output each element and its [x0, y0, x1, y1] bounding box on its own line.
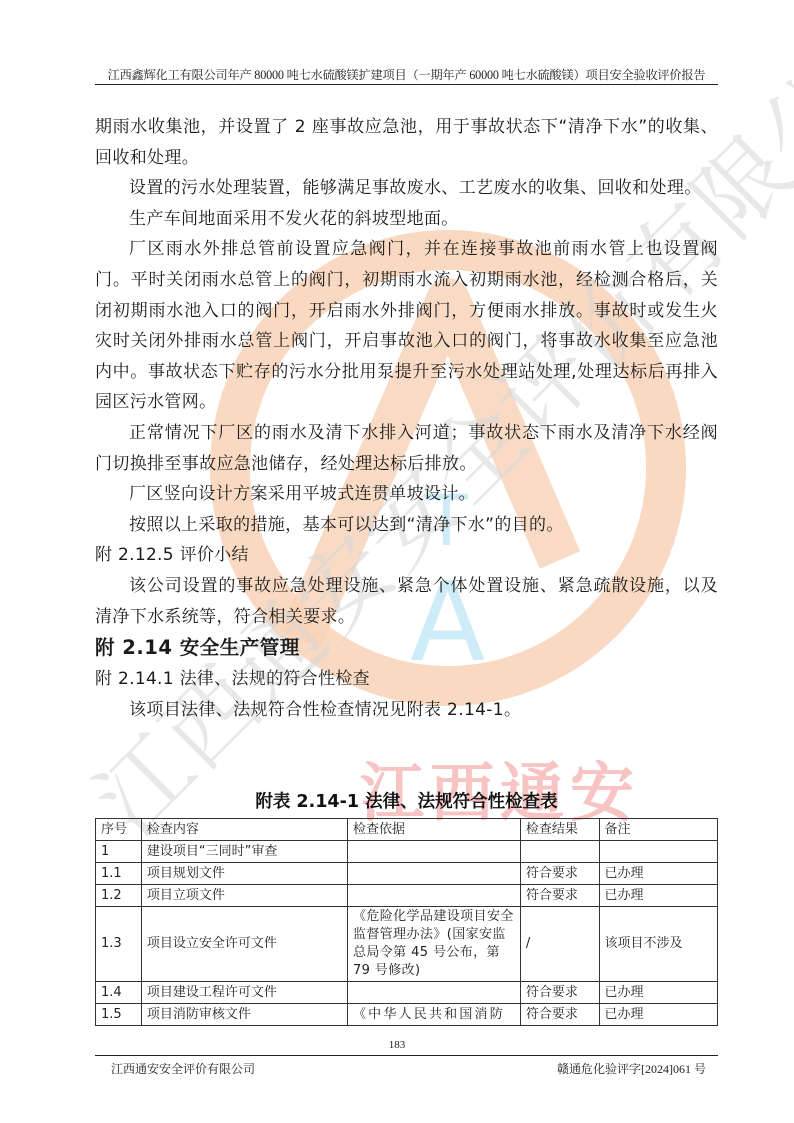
page-number: 183 [0, 1039, 794, 1051]
paragraph: 正常情况下厂区的雨水及清下水排入河道；事故状态下雨水及清净下水经阀门切换排至事故… [95, 418, 718, 479]
footer-doc-number: 赣通危化验评字[2024]061 号 [557, 1060, 706, 1077]
body-content: 期雨水收集池，并设置了 2 座事故应急池，用于事故状态下“清净下水”的收集、回收… [95, 112, 718, 725]
paragraph: 按照以上采取的措施，基本可以达到“清净下水”的目的。 [95, 510, 718, 541]
paragraph: 该公司设置的事故应急处理设施、紧急个体处置设施、紧急疏散设施，以及清净下水系统等… [95, 571, 718, 632]
column-header: 检查依据 [347, 819, 520, 841]
table-row: 1 建设项目“三同时”审查 [96, 841, 718, 863]
column-header: 检查内容 [141, 819, 347, 841]
table-row: 1.1 项目规划文件 符合要求 已办理 [96, 863, 718, 885]
document-page: T A 江西通安 江西通安安全评价有限公司 江西鑫辉化工有限公司年产 80000… [0, 0, 794, 1123]
paragraph: 厂区竖向设计方案采用平坡式连贯单坡设计。 [95, 479, 718, 510]
paragraph: 生产车间地面采用不发火花的斜坡型地面。 [95, 204, 718, 235]
paragraph: 期雨水收集池，并设置了 2 座事故应急池，用于事故状态下“清净下水”的收集、回收… [95, 112, 718, 173]
subsection-heading: 附 2.12.5 评价小结 [95, 540, 718, 571]
column-header: 序号 [96, 819, 142, 841]
footer-company: 江西通安安全评价有限公司 [111, 1060, 255, 1077]
table-title: 附表 2.14-1 法律、法规符合性检查表 [95, 788, 718, 813]
table-row: 1.4 项目建设工程许可文件 符合要求 已办理 [96, 982, 718, 1004]
paragraph: 设置的污水处理装置，能够满足事故废水、工艺废水的收集、回收和处理。 [95, 173, 718, 204]
header-divider [95, 84, 718, 85]
section-heading: 附 2.14 安全生产管理 [95, 632, 718, 664]
running-header: 江西鑫辉化工有限公司年产 80000 吨七水硫酸镁扩建项目（一期年产 60000… [95, 66, 718, 83]
table-header-row: 序号 检查内容 检查依据 检查结果 备注 [96, 819, 718, 841]
paragraph: 厂区雨水外排总管前设置应急阀门，并在连接事故池前雨水管上也设置阀门。平时关闭雨水… [95, 234, 718, 418]
compliance-check-table: 序号 检查内容 检查依据 检查结果 备注 1 建设项目“三同时”审查 1.1 项… [95, 818, 718, 1026]
column-header: 备注 [599, 819, 717, 841]
subsection-heading: 附 2.14.1 法律、法规的符合性检查 [95, 664, 718, 695]
footer-divider [95, 1055, 718, 1056]
table-row: 1.2 项目立项文件 符合要求 已办理 [96, 885, 718, 907]
table-row: 1.5 项目消防审核文件 《中华人民共和国消防 符合要求 已办理 [96, 1004, 718, 1026]
column-header: 检查结果 [520, 819, 599, 841]
paragraph: 该项目法律、法规符合性检查情况见附表 2.14-1。 [95, 695, 718, 726]
table-row: 1.3 项目设立安全许可文件 《危险化学品建设项目安全监督管理办法》(国家安监总… [96, 907, 718, 982]
